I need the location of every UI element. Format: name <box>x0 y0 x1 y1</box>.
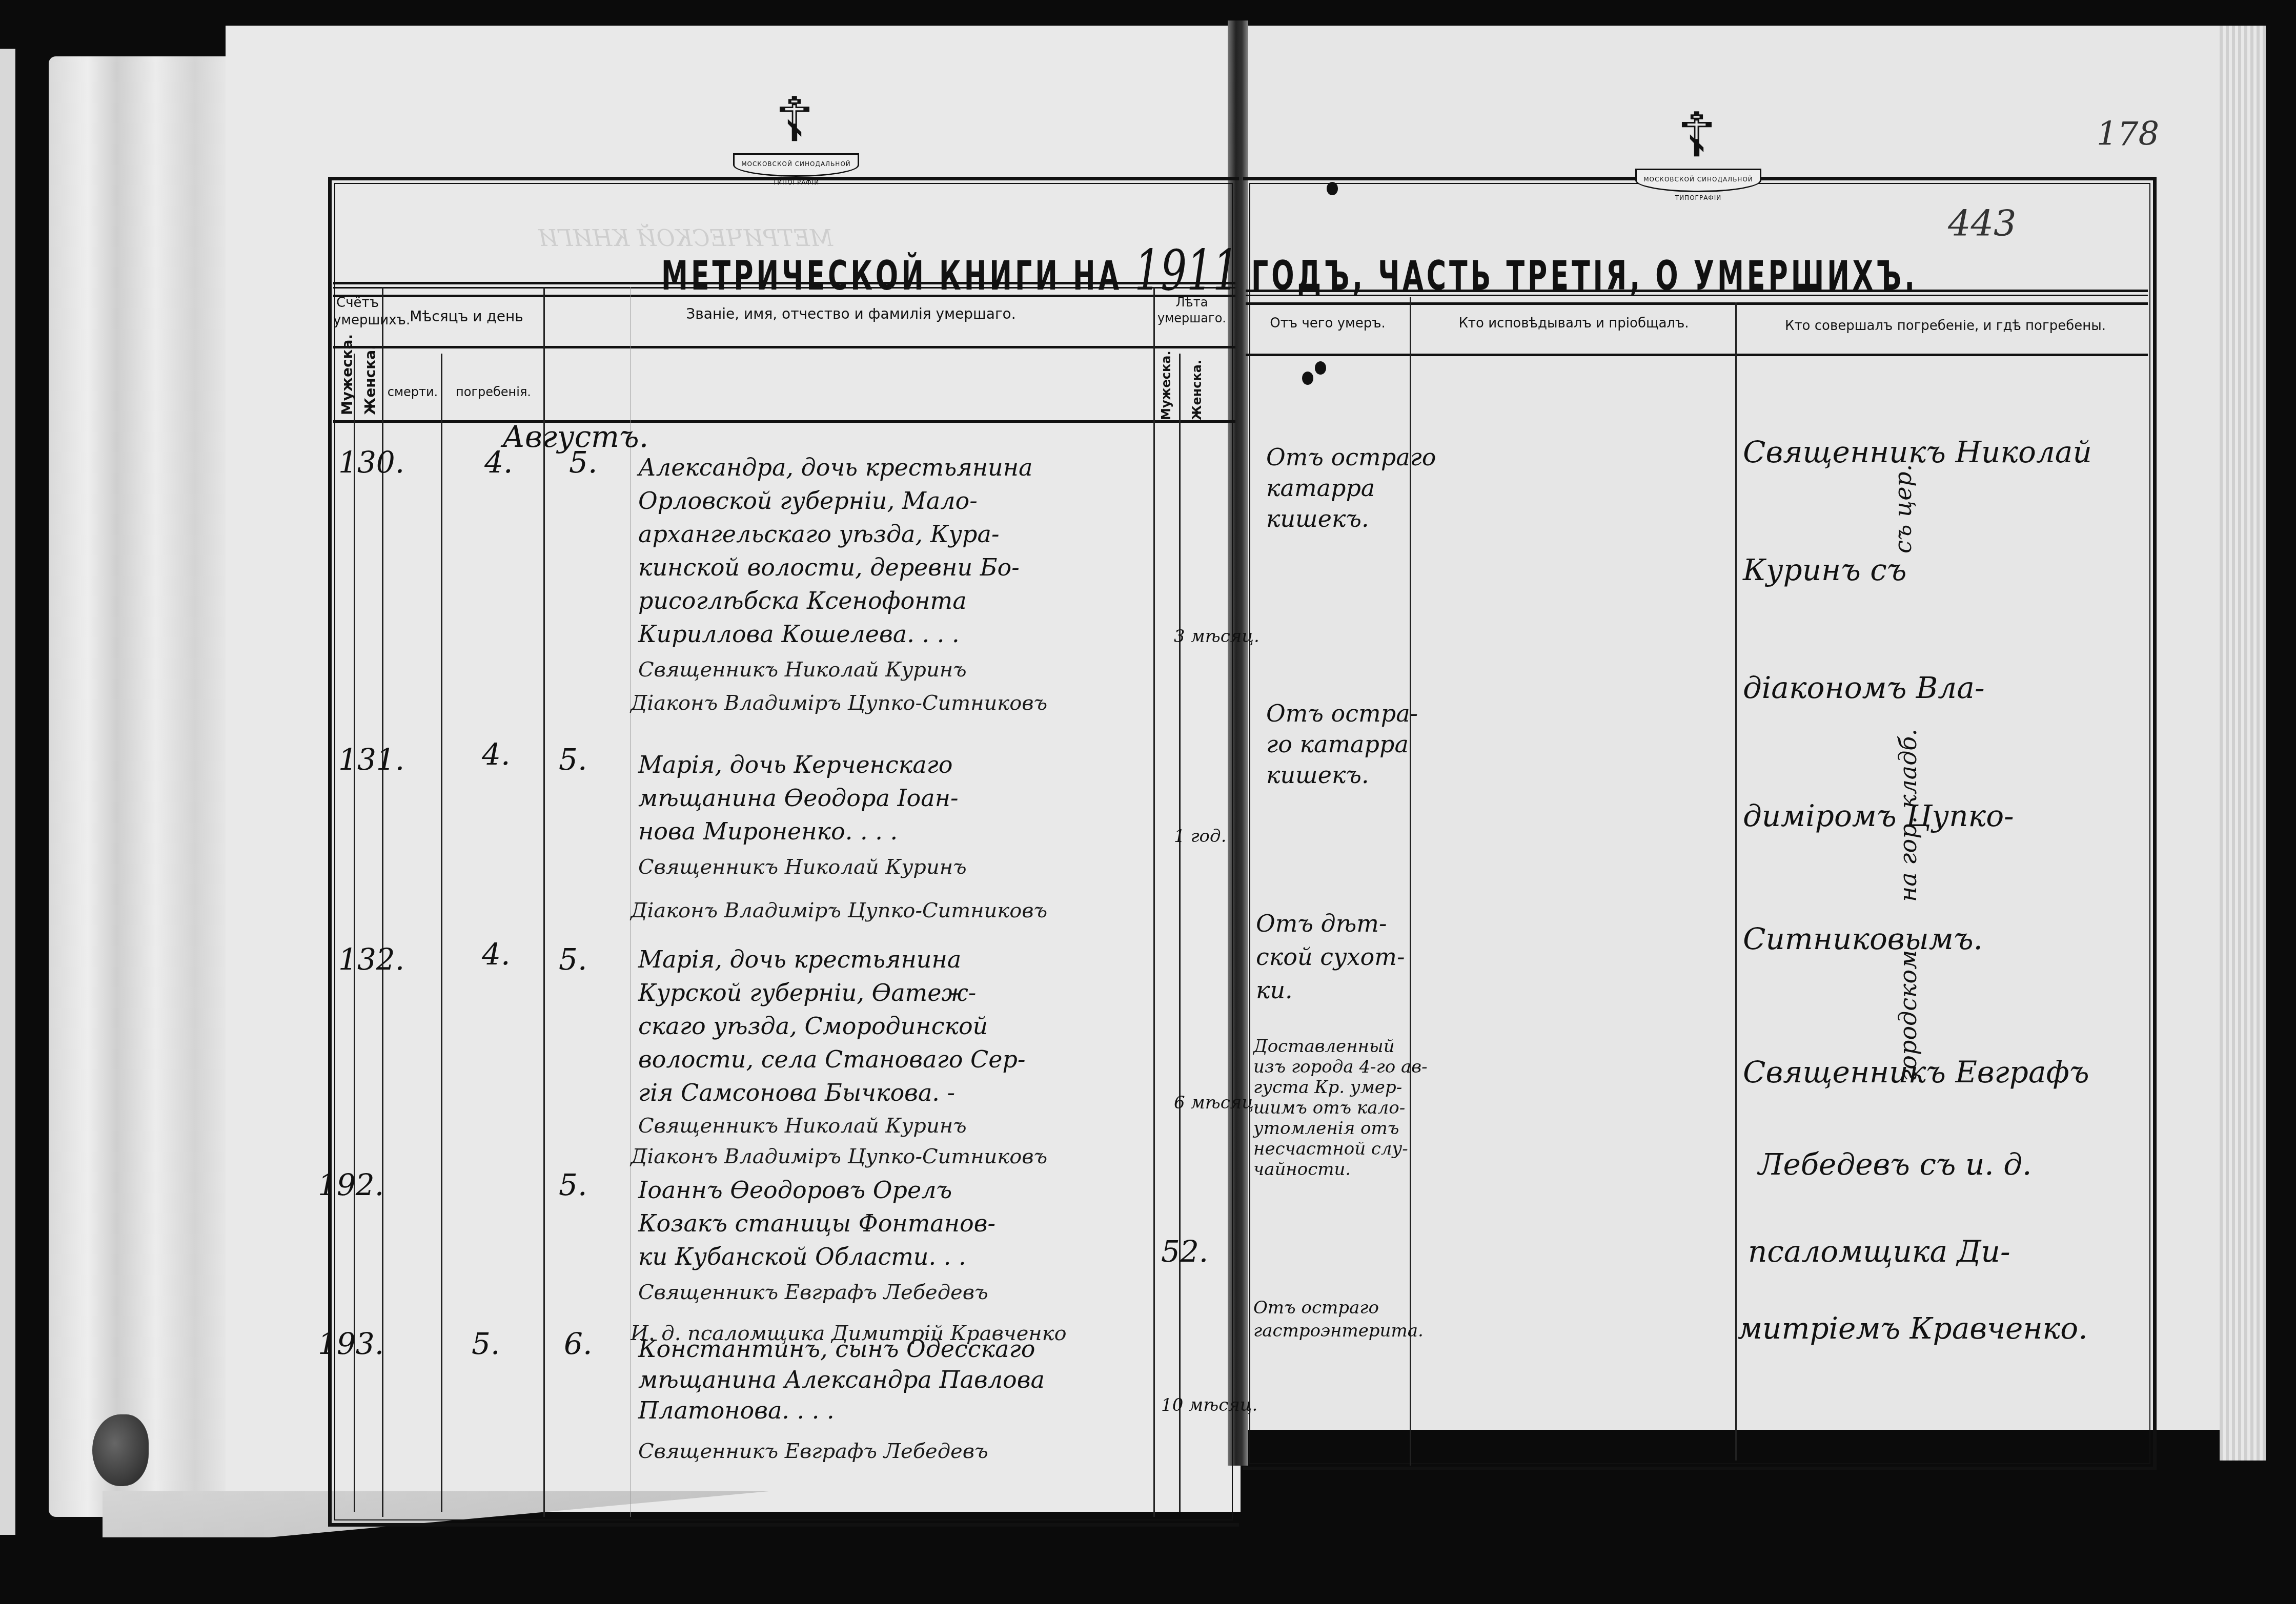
thumb-holding-page <box>92 1414 149 1486</box>
name-line: волости, села Становаго Сер- <box>638 1043 1025 1076</box>
signature-priest: Священникъ Николай Куринъ <box>638 851 967 883</box>
table-frame-right <box>1243 177 2157 1470</box>
binding-hole <box>1302 372 1313 385</box>
name-line: архангельскаго уѣзда, Кура- <box>638 518 999 550</box>
name-line: Александра, дочь крестьянина <box>638 451 1032 484</box>
double-headed-eagle-icon: ☦ МОСКОВСКОЙ СИНОДАЛЬНОЙ ТИПОГРАФІИ <box>1640 105 1753 192</box>
col-divider <box>1153 287 1155 1517</box>
handwritten-page-number: 443 <box>1948 202 2017 244</box>
signature-deacon: Діаконъ Владиміръ Цупко-Ситниковъ <box>631 1145 1047 1168</box>
col-header-month-day: Мѣсяцъ и день <box>390 307 543 326</box>
cause-line: кишекъ. <box>1266 502 1369 535</box>
signature-priest: Священникъ Евграфъ Лебедевъ <box>638 1435 988 1468</box>
vertical-note: съ цер. <box>1886 461 1919 553</box>
name-line: нова Мироненко. . . . <box>638 815 898 848</box>
name-line: мѣщанина Ѳеодора Іоан- <box>638 782 959 814</box>
name-line: рисоглѣбска Ксенофонта <box>638 584 967 617</box>
officiant-line: митріемъ Кравченко. <box>1738 1312 2088 1345</box>
name-line: гія Самсонова Бычкова. - <box>638 1076 955 1109</box>
officiant-line: Священникъ Евграфъ <box>1743 1056 2089 1088</box>
name-line: Козакъ станицы Фонтанов- <box>638 1207 995 1240</box>
col-header-age-male: Мужеска. <box>1159 364 1174 420</box>
col-header-burial: погребенія. <box>443 384 543 400</box>
signature-priest: Священникъ Николай Куринъ <box>638 1109 967 1142</box>
name-line: ки Кубанской Области. . . <box>638 1240 966 1273</box>
cause-line: шимъ отъ кало- <box>1253 1097 1405 1119</box>
name-line: Іоаннъ Ѳеодоровъ Орелъ <box>638 1174 952 1206</box>
cause-line: Доставленный <box>1253 1035 1395 1058</box>
age-female: 6 мѣсяц. <box>1174 1092 1259 1114</box>
col-header-age: Лѣта умершаго. <box>1156 295 1228 326</box>
right-page-edges <box>2220 26 2266 1461</box>
cause-line: Отъ дѣт- <box>1256 907 1387 940</box>
col-header-count: Счётъ умершихъ. <box>333 295 382 330</box>
name-line: кинской волости, деревни Бо- <box>638 551 1020 584</box>
cause-line: Отъ остраго <box>1253 1297 1379 1319</box>
col-divider <box>1179 354 1181 1512</box>
name-line: Марія, дочь крестьянина <box>638 943 961 976</box>
officiant-line: псаломщика Ди- <box>1748 1235 2010 1268</box>
col-divider <box>543 287 545 1517</box>
name-line: Курской губерніи, Ѳатеж- <box>638 976 976 1009</box>
age-female: 3 мѣсяц. <box>1174 625 1259 648</box>
binding-hole <box>1327 182 1338 195</box>
emblem-ribbon: МОСКОВСКОЙ СИНОДАЛЬНОЙ ТИПОГРАФІИ <box>1635 169 1761 192</box>
female-count: 130. <box>338 446 404 479</box>
name-line: Константинъ, сынъ Одесскаго <box>638 1332 1035 1365</box>
burial-day: 5. <box>559 1168 587 1201</box>
death-day: 4. <box>484 446 513 479</box>
emblem-ribbon: МОСКОВСКОЙ СИНОДАЛЬНОЙ ТИПОГРАФІИ <box>733 153 859 177</box>
header-rule <box>1246 290 2148 305</box>
age-female: 1 год. <box>1174 825 1226 848</box>
cause-line: гастроэнтерита. <box>1253 1320 1424 1342</box>
signature-deacon: Діаконъ Владиміръ Цупко-Ситниковъ <box>631 899 1047 922</box>
binding-hole <box>1315 361 1326 375</box>
signature-priest: Священникъ Николай Куринъ <box>638 653 967 686</box>
col-header-count-male: Мужеска. <box>338 359 357 415</box>
burial-day: 5. <box>559 743 587 776</box>
female-count: 131. <box>338 743 404 776</box>
name-line: скаго уѣзда, Смородинской <box>638 1010 988 1042</box>
name-line: Орловской губерніи, Мало- <box>638 484 978 517</box>
col-header-count-female: Женска. <box>361 359 380 415</box>
pencil-folio-number: 178 <box>2097 115 2159 153</box>
header-rule <box>333 282 1235 297</box>
cause-line: кишекъ. <box>1266 758 1369 791</box>
burial-day: 5. <box>569 446 597 479</box>
col-header-death: смерти. <box>384 384 441 400</box>
name-line: Марія, дочь Керченскаго <box>638 748 953 781</box>
col-header-burial-officiant: Кто совершалъ погребеніе, и гдѣ погребен… <box>1740 318 2150 335</box>
vertical-note: на гор. кладб. <box>1892 738 1924 902</box>
officiant-line: Лебедевъ съ и. д. <box>1758 1148 2031 1181</box>
officiant-line: Куринъ съ <box>1743 553 1906 586</box>
cause-line: Отъ остра- <box>1266 697 1418 730</box>
male-count: 193. <box>318 1327 384 1360</box>
col-header-cause: Отъ чего умеръ. <box>1251 315 1405 333</box>
officiant-line: Ситниковымъ. <box>1743 922 1983 955</box>
cause-line: утомленія отъ <box>1253 1117 1399 1140</box>
body-top-rule <box>333 420 1235 423</box>
officiant-line: диміромъ Цупко- <box>1743 799 2014 832</box>
book-scan: МЕТРИЧЕСКОЙ КНИГИ ☦ МОСКОВСКОЙ СИНОДАЛЬН… <box>0 0 2296 1604</box>
signature-deacon: Діаконъ Владиміръ Цупко-Ситниковъ <box>631 692 1047 714</box>
cause-line: ки. <box>1256 974 1293 1006</box>
cause-line: несчастной слу- <box>1253 1138 1408 1160</box>
female-count: 132. <box>338 943 404 976</box>
book-cover-edge <box>0 49 15 1535</box>
subheader-rule <box>1246 354 2148 356</box>
cause-line: чайности. <box>1253 1158 1351 1181</box>
male-count: 192. <box>318 1168 384 1201</box>
col-header-name: Званіе, имя, отчество и фамилія умершаго… <box>548 305 1153 323</box>
signature-priest: Священникъ Евграфъ Лебедевъ <box>638 1276 988 1309</box>
col-header-age-female: Женска. <box>1189 364 1205 420</box>
name-line: Платонова. . . . <box>638 1394 835 1427</box>
double-headed-eagle-icon: ☦ МОСКОВСКОЙ СИНОДАЛЬНОЙ ТИПОГРАФІИ <box>738 90 851 177</box>
name-line: Кириллова Кошелева. . . . <box>638 618 960 650</box>
cause-line: изъ города 4-го ав- <box>1253 1056 1428 1078</box>
col-header-confessor: Кто исповѣдывалъ и пріобщалъ. <box>1415 315 1733 333</box>
subheader-rule <box>333 346 1235 348</box>
col-divider <box>441 354 442 1512</box>
cause-line: го катарра <box>1266 728 1409 760</box>
cause-line: густа Кр. умер- <box>1253 1076 1402 1099</box>
col-divider <box>1735 302 1737 1461</box>
age-male: 52. <box>1161 1235 1208 1268</box>
burial-day: 5. <box>559 943 587 976</box>
left-page-stack <box>49 56 243 1517</box>
death-day: 4. <box>482 738 510 771</box>
officiant-line: діакономъ Вла- <box>1743 671 1984 704</box>
name-line: мѣщанина Александра Павлова <box>638 1363 1045 1396</box>
cause-line: ской сухот- <box>1256 940 1405 973</box>
burial-day: 6. <box>564 1327 592 1360</box>
age-male: 10 мѣсяц. <box>1161 1394 1257 1416</box>
cause-line: катарра <box>1266 471 1375 504</box>
death-day: 4. <box>482 938 510 971</box>
death-day: 5. <box>472 1327 500 1360</box>
cause-line: Отъ остраго <box>1266 441 1436 474</box>
